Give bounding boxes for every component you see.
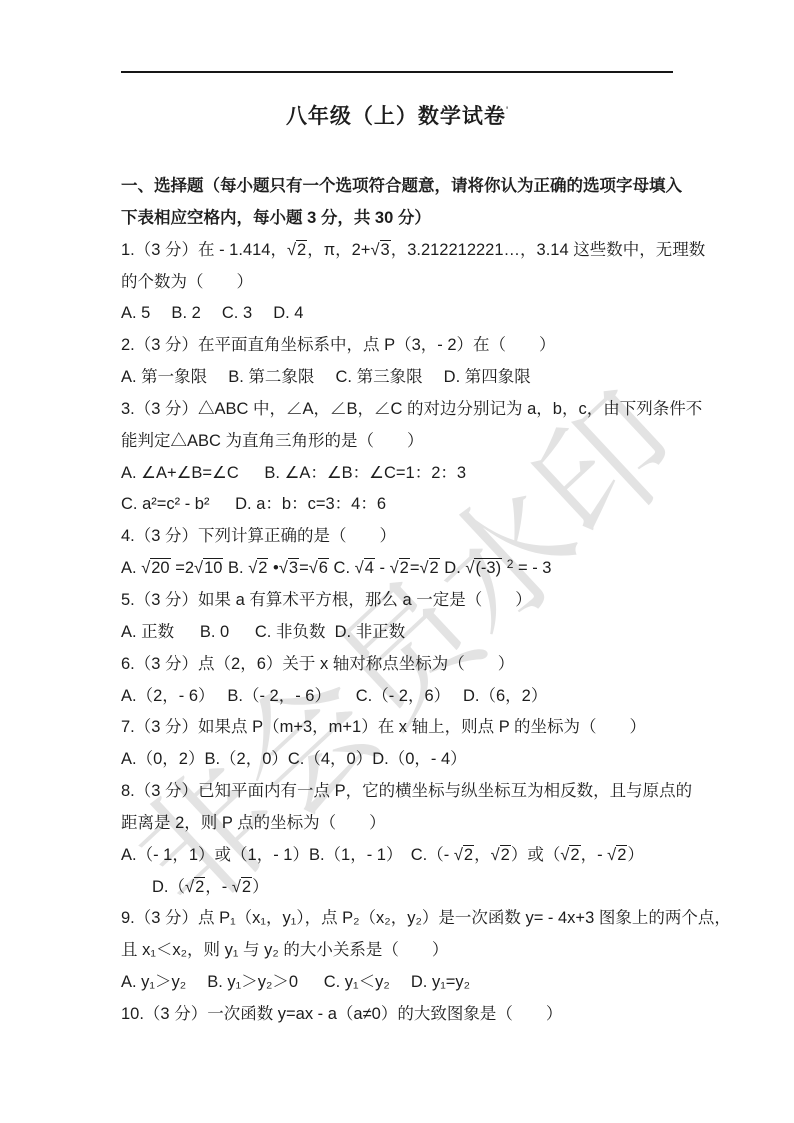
- question-8-stem-line-1: 8.（3 分）已知平面内有一点 P，它的横坐标与纵坐标互为相反数，且与原点的: [121, 776, 681, 808]
- question-2-options-line-2: A. 第一象限 B. 第二象限 C. 第三象限 D. 第四象限: [121, 362, 681, 394]
- question-3-options-line-3: A. ∠A+∠B=∠C B. ∠A：∠B：∠C=1：2：3: [121, 458, 681, 490]
- sqrt-radical: √3: [279, 558, 299, 577]
- question-10-stem-line-1: 10.（3 分）一次函数 y=ax - a（a≠0）的大致图象是（ ）: [121, 999, 681, 1031]
- section-header-line-2: 下表相应空格内，每小题 3 分，共 30 分）: [121, 203, 681, 235]
- question-3-stem-line-1: 3.（3 分）△ABC 中，∠A，∠B，∠C 的对边分别记为 a，b，c，由下列…: [121, 394, 681, 426]
- question-3-options-line-4: C. a²=c² - b² D. a：b：c=3：4：6: [121, 489, 681, 521]
- sqrt-radical: √20: [141, 558, 170, 577]
- question-7-stem-line-1: 7.（3 分）如果点 P（m+3，m+1）在 x 轴上，则点 P 的坐标为（ ）: [121, 712, 681, 744]
- sqrt-radical: √2: [607, 845, 627, 864]
- sqrt-radical: √2: [248, 558, 268, 577]
- question-8-stem-line-2: 距离是 2，则 P 点的坐标为（ ）: [121, 808, 681, 840]
- exam-page: 八年级（上）数学试卷' 一、选择题（每小题只有一个选项符合题意，请将你认为正确的…: [0, 0, 794, 1123]
- question-9-options-line-3: A. y₁＞y₂ B. y₁＞y₂＞0 C. y₁＜y₂ D. y₁=y₂: [121, 967, 681, 999]
- section-header-line-1: 一、选择题（每小题只有一个选项符合题意，请将你认为正确的选项字母填入: [121, 171, 681, 203]
- page-title: 八年级（上）数学试卷': [121, 100, 673, 130]
- exam-body: 一、选择题（每小题只有一个选项符合题意，请将你认为正确的选项字母填入下表相应空格…: [121, 171, 681, 1031]
- sqrt-radical: √2: [390, 558, 410, 577]
- sqrt-radical: √4: [355, 558, 375, 577]
- sqrt-radical: √2: [419, 558, 439, 577]
- question-8-options-line-4: D.（√2，- √2）: [121, 872, 681, 904]
- header-rule: [121, 71, 673, 73]
- sqrt-radical: √2: [560, 845, 580, 864]
- sqrt-radical: √(-3): [465, 558, 502, 577]
- question-2-stem-line-1: 2.（3 分）在平面直角坐标系中，点 P（3，- 2）在（ ）: [121, 330, 681, 362]
- sqrt-radical: √2: [491, 845, 511, 864]
- question-1-options-line-3: A. 5 B. 2 C. 3 D. 4: [121, 298, 681, 330]
- question-9-stem-line-1: 9.（3 分）点 P₁（x₁，y₁），点 P₂（x₂，y₂）是一次函数 y= -…: [121, 903, 681, 935]
- question-5-stem-line-1: 5.（3 分）如果 a 有算术平方根，那么 a 一定是（ ）: [121, 585, 681, 617]
- question-7-options-line-2: A.（0，2）B.（2，0）C.（4，0）D.（0，- 4）: [121, 744, 681, 776]
- sqrt-radical: √2: [287, 240, 307, 259]
- question-3-stem-line-2: 能判定△ABC 为直角三角形的是（ ）: [121, 426, 681, 458]
- question-8-options-line-3: A.（- 1，1）或（1，- 1）B.（1，- 1） C.（- √2，√2）或（…: [121, 840, 681, 872]
- sqrt-radical: √2: [454, 845, 474, 864]
- question-6-stem-line-1: 6.（3 分）点（2，6）关于 x 轴对称点坐标为（ ）: [121, 649, 681, 681]
- question-1-stem-line-2: 的个数为（ ）: [121, 267, 681, 299]
- question-4-stem-line-1: 4.（3 分）下列计算正确的是（ ）: [121, 521, 681, 553]
- sqrt-radical: √10: [194, 558, 223, 577]
- paragraph-mark: ': [506, 105, 508, 117]
- sqrt-radical: √2: [185, 877, 205, 896]
- page-title-text: 八年级（上）数学试卷: [286, 105, 506, 128]
- question-5-options-line-2: A. 正数 B. 0 C. 非负数 D. 非正数: [121, 617, 681, 649]
- sqrt-radical: √2: [232, 877, 252, 896]
- question-6-options-line-2: A.（2，- 6） B.（- 2，- 6） C.（- 2，6） D.（6，2）: [121, 681, 681, 713]
- question-1-stem-line-1: 1.（3 分）在 - 1.414，√2，π，2+√3，3.212212221…，…: [121, 235, 681, 267]
- question-9-stem-line-2: 且 x₁＜x₂，则 y₁ 与 y₂ 的大小关系是（ ）: [121, 935, 681, 967]
- question-4-options-line-2: A. √20 =2√10 B. √2 •√3=√6 C. √4 - √2=√2 …: [121, 553, 681, 585]
- sqrt-radical: √6: [309, 558, 329, 577]
- sqrt-radical: √3: [370, 240, 390, 259]
